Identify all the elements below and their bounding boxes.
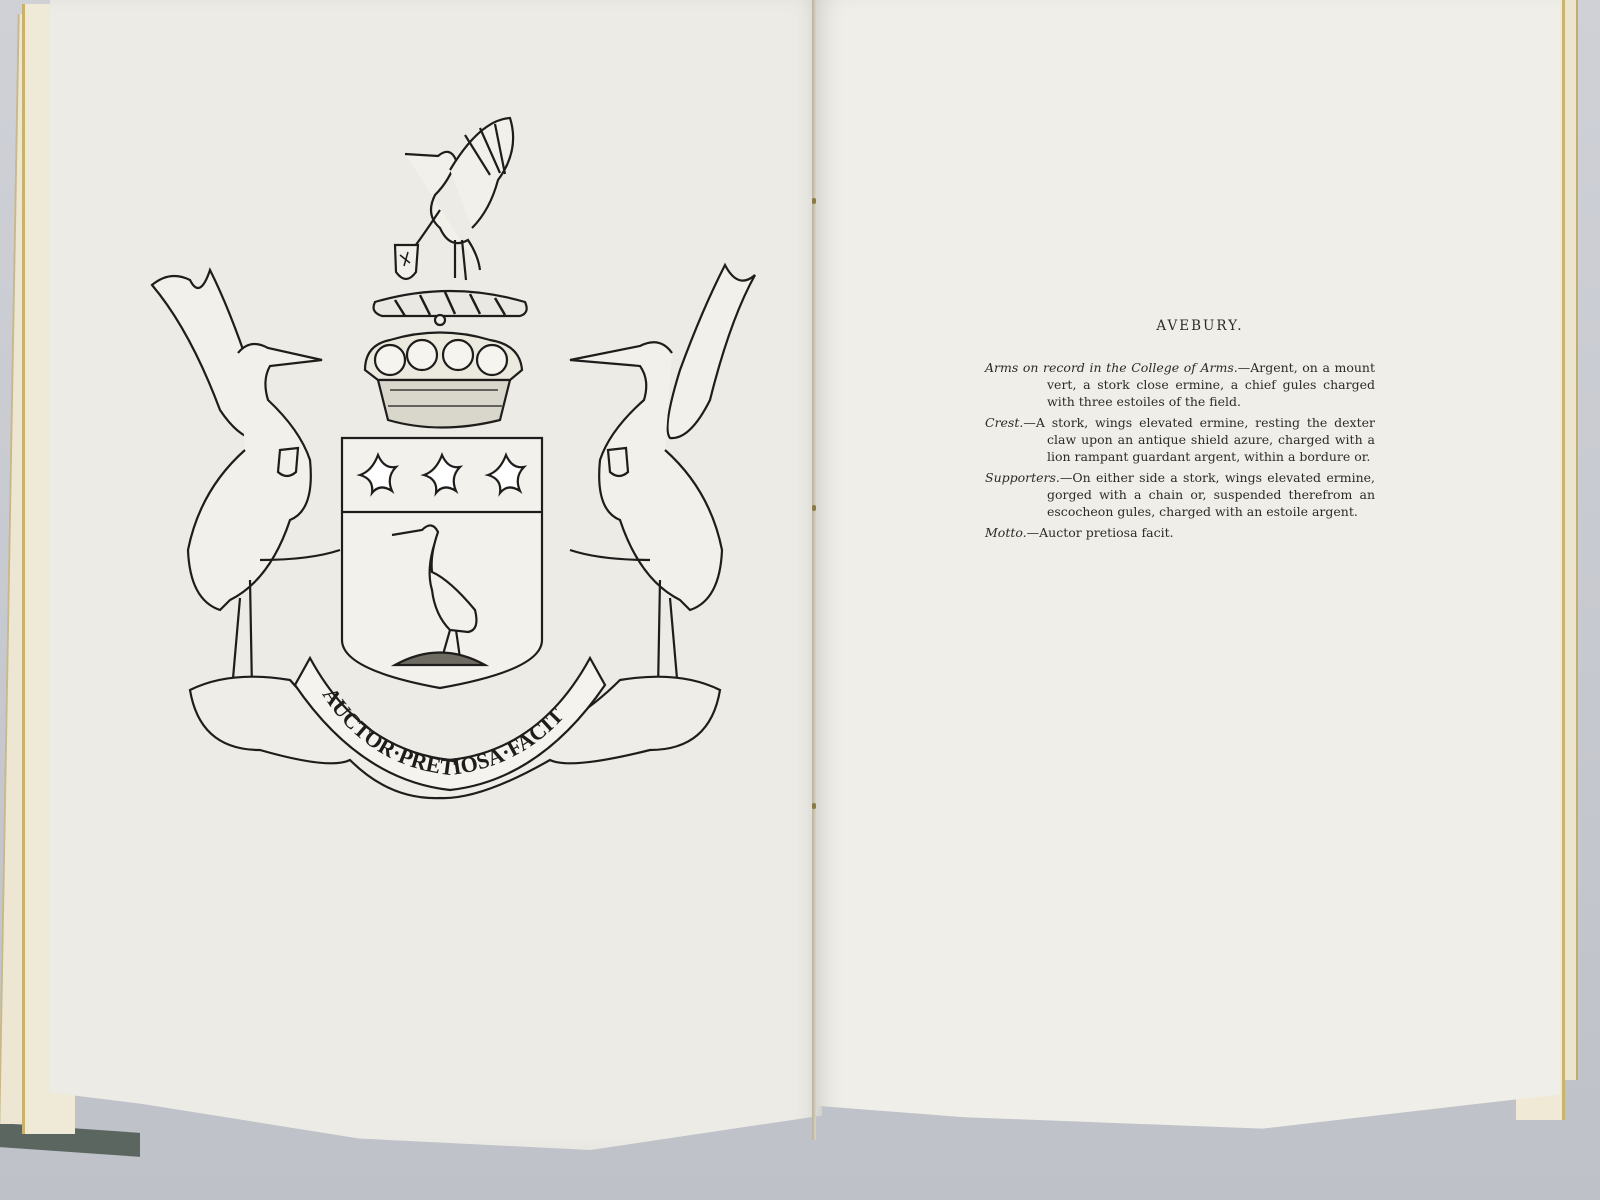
coronet-icon: [365, 315, 522, 428]
blazon-crest: Crest.—A stork, wings elevated ermine, r…: [985, 414, 1375, 465]
supporter-stork-left-icon: [152, 270, 340, 690]
entry-text: —On either side a stork, wings elevated …: [1047, 470, 1375, 519]
blazon-arms: Arms on record in the College of Arms.—A…: [985, 359, 1375, 410]
entry-text: —Auctor pretiosa facit.: [1027, 525, 1174, 540]
entry-label: Arms on record in the College of Arms.: [985, 360, 1238, 375]
coat-of-arms-illustration: AUCTOR·PRETIOSA·FACIT: [150, 110, 770, 810]
binding-stitch: [812, 505, 816, 511]
supporter-stork-right-icon: [570, 265, 755, 690]
bleedthrough-heading: [1110, 8, 1230, 28]
page-title: AVEBURY.: [1025, 318, 1375, 335]
binding-stitch: [812, 198, 816, 204]
blazon-motto: Motto.—Auctor pretiosa facit.: [985, 524, 1375, 541]
right-page: [816, 0, 1560, 1140]
binding-stitch: [812, 803, 816, 809]
crest-wreath-icon: [374, 291, 527, 316]
entry-label: Supporters.: [985, 470, 1060, 485]
blazon-supporters: Supporters.—On either side a stork, wing…: [985, 469, 1375, 520]
crest-stork-icon: [395, 118, 513, 280]
book-gutter: [812, 0, 816, 1140]
entry-text: —A stork, wings elevated ermine, resting…: [1023, 415, 1375, 464]
blazon-text: AVEBURY. Arms on record in the College o…: [985, 318, 1375, 545]
entry-label: Motto.: [985, 525, 1027, 540]
entry-label: Crest.: [985, 415, 1023, 430]
shield-icon: [342, 438, 542, 688]
